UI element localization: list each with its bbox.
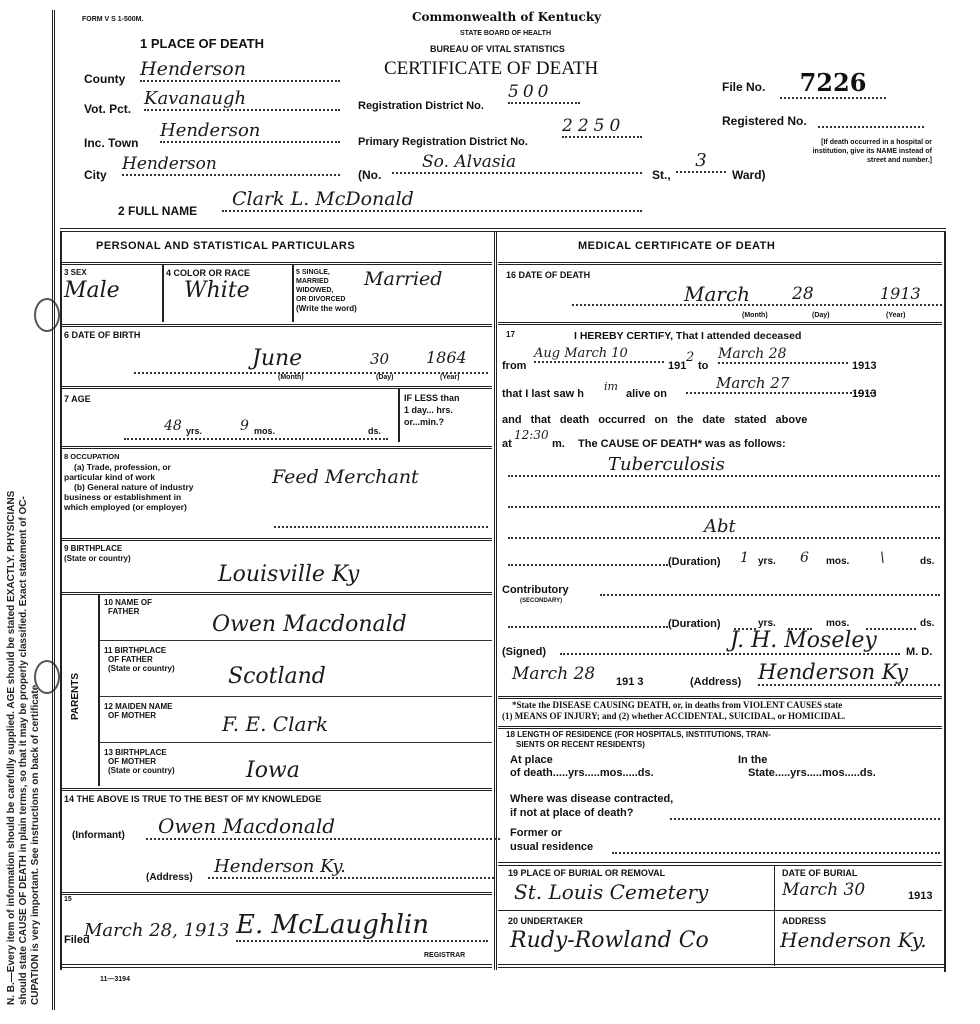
state-board-label: STATE BOARD OF HEALTH: [460, 30, 551, 37]
burial-place-field[interactable]: St. Louis Cemetery: [514, 880, 708, 904]
parents-label: PARENTS: [70, 673, 81, 720]
former-residence-field[interactable]: [612, 842, 940, 854]
dod-year-field[interactable]: 1913: [880, 284, 921, 303]
contracted-line: Where was disease contracted,: [510, 792, 673, 806]
form-number: FORM V S 1-500M.: [82, 16, 143, 23]
rule: [62, 964, 492, 968]
duration-label: (Duration): [668, 556, 721, 568]
rule: [100, 696, 492, 697]
rule: [62, 386, 492, 389]
st-label: St.,: [652, 168, 671, 182]
inc-town-field[interactable]: Henderson: [160, 120, 340, 143]
rule: [498, 862, 942, 866]
age-mos-field[interactable]: 9: [240, 418, 249, 434]
primary-reg-label: Primary Registration District No.: [358, 136, 528, 148]
registrar-field[interactable]: E. McLaughlin: [236, 910, 488, 942]
duration-dots: [508, 554, 668, 566]
undertaker-address-field[interactable]: Henderson Ky.: [780, 928, 927, 952]
certify-number: 17: [506, 330, 515, 339]
month-caption: (Month): [278, 374, 304, 381]
signed-date-field[interactable]: March 28: [512, 664, 595, 684]
dod-label: 16 DATE OF DEATH: [506, 270, 590, 280]
undertaker-label: 20 UNDERTAKER: [508, 916, 583, 926]
filed-number: 15: [64, 896, 72, 903]
birthplace-label: 9 BIRTHPLACE (State or country): [64, 544, 131, 564]
sex-label: 3 SEX: [64, 268, 87, 277]
mother-bp-line: OF MOTHER: [104, 757, 175, 766]
at-place-line: of death.....yrs.....mos.....ds.: [510, 767, 654, 780]
rule: [498, 696, 942, 699]
dob-year-field[interactable]: 1864: [426, 348, 467, 367]
file-no-field[interactable]: 7226: [780, 68, 886, 99]
residence-label-line: SIENTS OR RECENT RESIDENTS): [506, 740, 771, 750]
rule: [100, 640, 492, 641]
rule: [62, 446, 492, 449]
street-no-label: (No.: [358, 168, 381, 182]
dod-day-field[interactable]: 28: [792, 284, 814, 304]
in-state-line: In the: [738, 754, 876, 767]
occ-b-line: business or establishment in: [64, 492, 194, 502]
residence-label: 18 LENGTH OF RESIDENCE (FOR HOSPITALS, I…: [506, 730, 771, 750]
cause-field-1[interactable]: Tuberculosis: [508, 454, 940, 477]
signed-year-field[interactable]: 191 3: [616, 676, 644, 688]
main-top-rule: [60, 228, 946, 232]
cause-label: The CAUSE OF DEATH* was as follows:: [578, 438, 786, 450]
last-saw-him-field[interactable]: im: [604, 380, 618, 393]
center-divider: [494, 232, 497, 970]
last-saw-date-field[interactable]: March 27: [686, 374, 876, 394]
birthplace-field[interactable]: Louisville Ky: [218, 562, 359, 587]
informant-field[interactable]: Owen Macdonald: [146, 814, 500, 840]
side-note-line-1: N. B.—Every item of information should b…: [6, 491, 18, 1005]
occ-b-line: (b) General nature of industry: [64, 482, 194, 492]
divider: [292, 264, 294, 322]
rule: [62, 788, 492, 791]
father-birthplace-label: 11 BIRTHPLACE OF FATHER (State or countr…: [104, 646, 175, 673]
certificate-title: CERTIFICATE OF DEATH: [384, 58, 598, 80]
dod-month-caption: (Month): [742, 312, 768, 319]
age-ds-label: ds.: [368, 426, 381, 436]
mother-birthplace-label: 13 BIRTHPLACE OF MOTHER (State or countr…: [104, 748, 175, 775]
marital-label-line: 5 SINGLE,: [296, 268, 357, 277]
city-label: City: [84, 168, 107, 182]
if-less-line: 1 day... hrs.: [404, 404, 460, 416]
in-state-label: In the State.....yrs.....mos.....ds.: [738, 754, 876, 780]
dob-day-field[interactable]: 30: [370, 350, 389, 368]
dod-year-caption: (Year): [886, 312, 905, 319]
marital-label-line: OR DIVORCED: [296, 295, 357, 304]
occupation-field[interactable]: Feed Merchant: [272, 466, 419, 488]
year-caption: (Year): [440, 374, 459, 381]
place-of-death-heading: 1 PLACE OF DEATH: [140, 36, 264, 51]
duration-ds-label: ds.: [920, 556, 934, 567]
last-saw-year-field[interactable]: 1913: [852, 388, 876, 400]
rule: [62, 538, 492, 541]
reg-district-field[interactable]: 500: [508, 82, 580, 104]
left-border: [60, 232, 62, 970]
hospital-note: [If death occurred in a hospital or inst…: [800, 138, 932, 165]
duration2-ds-label: ds.: [920, 618, 934, 629]
undertaker-address-label: ADDRESS: [782, 916, 826, 926]
marital-field[interactable]: Married: [364, 268, 442, 290]
residence-label-line: 18 LENGTH OF RESIDENCE (FOR HOSPITALS, I…: [506, 730, 771, 740]
rule: [498, 322, 942, 325]
side-instructions: N. B.—Every item of information should b…: [6, 491, 42, 1005]
occupation-label: 8 OCCUPATION (a) Trade, profession, or p…: [64, 452, 194, 512]
mother-label-line: 12 MAIDEN NAME: [104, 702, 172, 711]
age-yrs-field[interactable]: 48: [164, 418, 182, 434]
secondary-label: (SECONDARY): [520, 598, 562, 604]
mother-bp-line: 13 BIRTHPLACE: [104, 748, 175, 757]
at-place-line: At place: [510, 754, 654, 767]
rule: [498, 262, 942, 265]
mother-label: 12 MAIDEN NAME OF MOTHER: [104, 702, 172, 720]
footnote-line-1: *State the DISEASE CAUSING DEATH, or, in…: [502, 700, 845, 711]
rule: [62, 892, 492, 895]
duration-mos-field[interactable]: 6: [800, 550, 809, 566]
bureau-label: BUREAU OF VITAL STATISTICS: [430, 44, 565, 54]
former-line: usual residence: [510, 840, 593, 854]
city-field[interactable]: Henderson: [122, 154, 340, 176]
rule: [498, 910, 942, 911]
alive-on-label: alive on: [626, 388, 667, 400]
informant-address-field[interactable]: Henderson Ky.: [208, 856, 494, 879]
from-label: from: [502, 360, 526, 372]
certify-text: I HEREBY CERTIFY, That I attended deceas…: [574, 330, 801, 342]
to-label: to: [698, 360, 708, 372]
in-state-line: State.....yrs.....mos.....ds.: [748, 767, 876, 780]
if-less-line: IF LESS than: [404, 392, 460, 404]
dod-day-caption: (Day): [812, 312, 830, 319]
to-date-field[interactable]: March 28: [718, 346, 848, 364]
father-label: 10 NAME OF FATHER: [104, 598, 152, 616]
occ-b-line: which employed (or employer): [64, 502, 194, 512]
ward-field[interactable]: 3: [676, 150, 726, 173]
occ-a-line: (a) Trade, profession, or: [64, 462, 194, 472]
employer-field: [274, 518, 488, 528]
left-margin-line: [52, 10, 55, 1010]
mother-label-line: OF MOTHER: [104, 711, 172, 720]
age-label: 7 AGE: [64, 394, 91, 404]
filed-date-field[interactable]: March 28, 1913: [84, 920, 229, 941]
birthplace-heading: 9 BIRTHPLACE: [64, 544, 131, 554]
contributory-label: Contributory: [502, 584, 569, 596]
mother-birthplace-field[interactable]: Iowa: [246, 758, 300, 783]
time-field[interactable]: 12:30: [514, 428, 549, 442]
birthplace-sub: (State or country): [64, 554, 131, 564]
side-note-line-3: CUPATION is very important. See instruct…: [30, 491, 42, 1005]
father-label-line: FATHER: [104, 607, 152, 616]
dob-month-field[interactable]: June: [252, 346, 302, 371]
commonwealth-title: Commonwealth of Kentucky: [412, 10, 601, 24]
side-note-line-2: should state CAUSE OF DEATH in plain ter…: [18, 491, 30, 1005]
contracted-field[interactable]: [670, 808, 940, 820]
signed-address-label: (Address): [690, 676, 741, 688]
burial-date-field[interactable]: March 30: [782, 880, 865, 900]
marital-label-line: MARRIED: [296, 277, 357, 286]
parents-divider: [98, 594, 100, 786]
full-name-field[interactable]: Clark L. McDonald: [222, 188, 642, 212]
right-border: [944, 232, 946, 972]
true-statement-label: 14 THE ABOVE IS TRUE TO THE BEST OF MY K…: [64, 794, 321, 804]
reg-district-label: Registration District No.: [358, 100, 484, 112]
vot-pct-field[interactable]: Kavanaugh: [144, 88, 340, 111]
burial-date-label: DATE OF BURIAL: [782, 868, 857, 878]
contracted-label: Where was disease contracted, if not at …: [510, 792, 673, 820]
medical-heading: MEDICAL CERTIFICATE OF DEATH: [578, 240, 775, 252]
rule: [498, 964, 944, 968]
m-label: m.: [552, 438, 565, 450]
age-yrs-label: yrs.: [186, 426, 202, 436]
former-line: Former or: [510, 826, 593, 840]
to-year-field[interactable]: 1913: [852, 360, 876, 372]
last-saw-label: that I last saw h: [502, 388, 584, 400]
inc-town-label: Inc. Town: [84, 136, 138, 150]
informant-address-label: (Address): [146, 872, 193, 883]
registered-no-label: Registered No.: [722, 114, 807, 128]
burial-year-field[interactable]: 1913: [908, 890, 932, 902]
signature-field[interactable]: J. H. Moseley: [560, 628, 900, 655]
cause-field-3[interactable]: Abt: [508, 516, 940, 539]
contracted-line: if not at place of death?: [510, 806, 673, 820]
race-label: 4 COLOR OR RACE: [166, 268, 250, 278]
footnote: *State the DISEASE CAUSING DEATH, or, in…: [502, 700, 845, 722]
county-label: County: [84, 72, 125, 86]
father-bp-line: (State or country): [104, 664, 175, 673]
if-less-line: or...min.?: [404, 416, 460, 428]
occ-a-line: particular kind of work: [64, 472, 194, 482]
sex-field[interactable]: Male: [64, 278, 120, 303]
punch-hole-top: [34, 298, 60, 332]
age-mos-label: mos.: [254, 426, 275, 436]
vot-pct-label: Vot. Pct.: [84, 102, 131, 116]
at-place-label: At place of death.....yrs.....mos.....ds…: [510, 754, 654, 780]
dod-month-field[interactable]: March: [684, 282, 750, 306]
race-field[interactable]: White: [184, 278, 250, 303]
day-caption: (Day): [376, 374, 394, 381]
if-less-label: IF LESS than 1 day... hrs. or...min.?: [404, 392, 460, 428]
contributory-field[interactable]: [600, 582, 940, 596]
footnote-line-2: (1) MEANS OF INJURY; and (2) whether ACC…: [502, 711, 845, 722]
rule: [498, 726, 942, 729]
county-field[interactable]: Henderson: [140, 58, 340, 82]
signed-address-field[interactable]: Henderson Ky: [758, 660, 940, 686]
informant-label: (Informant): [72, 830, 125, 841]
personal-heading: PERSONAL AND STATISTICAL PARTICULARS: [96, 240, 355, 252]
father-label-line: 10 NAME OF: [104, 598, 152, 607]
mother-field[interactable]: F. E. Clark: [222, 712, 328, 736]
rule: [100, 742, 492, 743]
registrar-label: REGISTRAR: [424, 952, 465, 959]
from-date-field[interactable]: Aug March 10: [534, 346, 664, 363]
father-birthplace-field[interactable]: Scotland: [228, 664, 326, 689]
footer-code: 11—3194: [100, 976, 130, 983]
from-year-prefix: 191: [668, 360, 686, 372]
duration-yrs-field[interactable]: 1: [740, 550, 749, 566]
marital-label-line: (Write the word): [296, 304, 357, 313]
punch-hole-bottom: [34, 660, 60, 694]
duration-mos-label: mos.: [826, 556, 849, 567]
registered-no-field[interactable]: [818, 112, 924, 128]
md-label: M. D.: [906, 646, 932, 658]
ward-label: Ward): [732, 168, 766, 182]
divider: [162, 264, 164, 322]
burial-place-label: 19 PLACE OF BURIAL OR REMOVAL: [508, 868, 665, 878]
duration-ds-field[interactable]: \: [880, 550, 885, 566]
primary-reg-field[interactable]: 2250: [562, 116, 642, 138]
divider: [398, 388, 400, 442]
mother-bp-line: (State or country): [104, 766, 175, 775]
occurred-text: and that death occurred on the date stat…: [502, 414, 807, 426]
rule: [62, 262, 492, 265]
from-year-field[interactable]: 2: [686, 350, 694, 365]
duration2-dots: [508, 616, 668, 628]
at-label: at: [502, 438, 512, 450]
rule: [62, 324, 492, 327]
file-no-label: File No.: [722, 80, 765, 94]
undertaker-field[interactable]: Rudy-Rowland Co: [510, 928, 709, 953]
cause-field-2[interactable]: [508, 490, 940, 508]
marital-label: 5 SINGLE, MARRIED WIDOWED, OR DIVORCED (…: [296, 268, 357, 313]
rule: [62, 592, 492, 595]
dob-label: 6 DATE OF BIRTH: [64, 330, 140, 340]
father-bp-line: OF FATHER: [104, 655, 175, 664]
duration-yrs-label: yrs.: [758, 556, 776, 567]
burial-divider: [774, 866, 775, 966]
father-bp-line: 11 BIRTHPLACE: [104, 646, 175, 655]
father-field[interactable]: Owen Macdonald: [212, 612, 407, 637]
signed-label: (Signed): [502, 646, 546, 658]
street-field[interactable]: So. Alvasia: [392, 152, 642, 174]
occupation-heading: 8 OCCUPATION: [64, 452, 194, 462]
full-name-label: 2 FULL NAME: [118, 204, 197, 218]
marital-label-line: WIDOWED,: [296, 286, 357, 295]
former-residence-label: Former or usual residence: [510, 826, 593, 854]
